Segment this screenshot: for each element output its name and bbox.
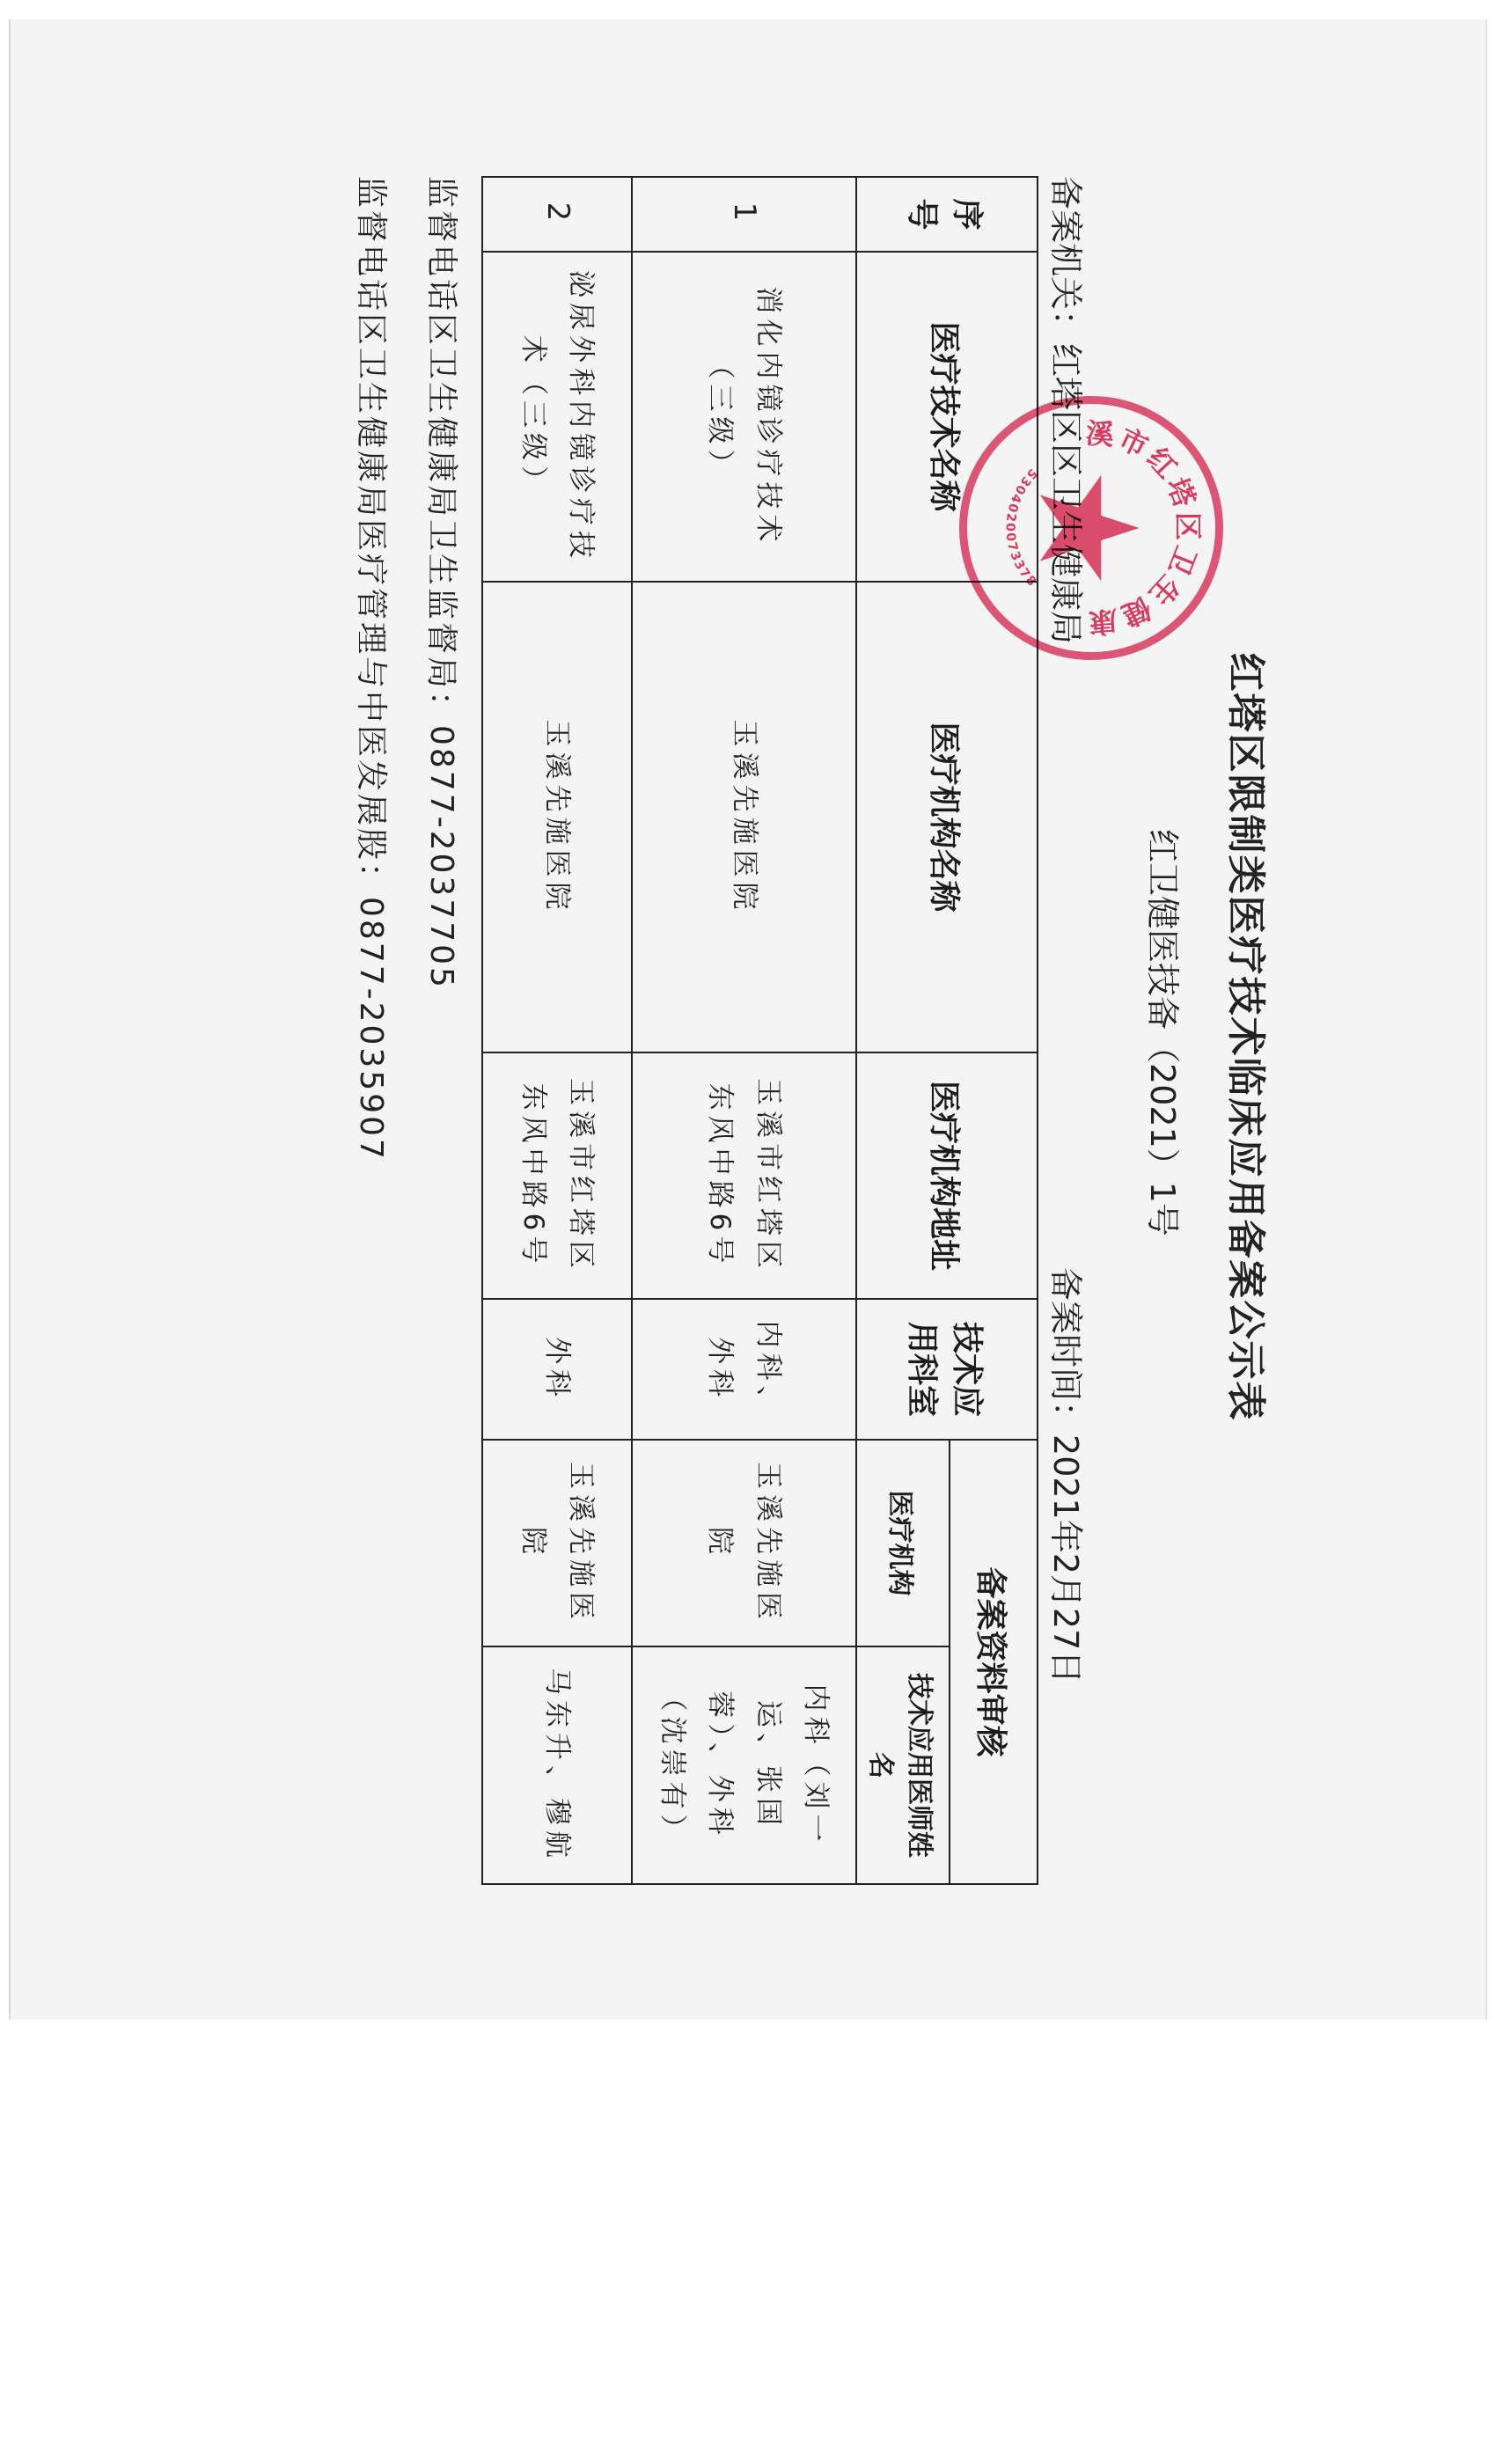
filing-agency-label: 备案机关：	[1046, 176, 1085, 343]
supervision-phone-1: 监督电话区卫生健康局卫生监督局：0877-2037705	[422, 176, 466, 990]
cell-institution-address: 玉溪市红塔区东风中路6号	[482, 1052, 632, 1299]
cell-seq: 2	[482, 177, 632, 252]
cell-review-physicians: 内科（刘一运、张国蓉）、外科（沈崇有）	[632, 1646, 856, 1884]
header-department: 技术应用科室	[856, 1299, 1038, 1440]
cell-institution-name: 玉溪先施医院	[482, 582, 632, 1052]
seal-text: 玉溪市红塔区卫生健康局	[1084, 388, 1242, 640]
cell-institution-address: 玉溪市红塔区东风中路6号	[632, 1052, 856, 1299]
document-number: 红卫健医技备（2021）1号	[1141, 19, 1190, 2020]
cell-tech-name: 泌尿外科内镜诊疗技术（三级）	[482, 252, 632, 582]
seal-code: 5304020073378	[1003, 466, 1040, 590]
header-review-institution: 医疗机构	[856, 1440, 950, 1646]
header-institution-address: 医疗机构地址	[856, 1052, 1038, 1299]
header-review-physicians: 技术应用医师姓名	[856, 1646, 950, 1884]
seal-graphic: 玉溪市红塔区卫生健康局 5304020073378	[967, 404, 1215, 652]
filing-date-label: 备案时间：	[1046, 1267, 1085, 1434]
document-sheet: 红塔区限制类医疗技术临床应用备案公示表 红卫健医技备（2021）1号 备案机关：…	[9, 19, 1487, 2020]
cell-seq: 1	[632, 177, 856, 252]
svg-text:玉溪市红塔区卫生健康局: 玉溪市红塔区卫生健康局	[1084, 388, 1242, 640]
star-icon	[1040, 475, 1140, 581]
table-row: 1 消化内镜诊疗技术（三级） 玉溪先施医院 玉溪市红塔区东风中路6号 内科、外科…	[632, 177, 856, 1884]
filing-date: 备案时间：2021年2月27日	[1045, 1267, 1093, 1683]
header-institution-name: 医疗机构名称	[856, 582, 1038, 1052]
svg-text:5304020073378: 5304020073378	[1003, 466, 1040, 590]
cell-review-physicians: 马东升、穆航	[482, 1646, 632, 1884]
official-seal: 玉溪市红塔区卫生健康局 5304020073378	[959, 396, 1223, 660]
header-review-group: 备案资料审核	[950, 1440, 1038, 1884]
cell-department: 内科、外科	[632, 1299, 856, 1440]
registry-table: 序号 医疗技术名称 医疗机构名称 医疗机构地址 技术应用科室 备案资料审核 医疗…	[481, 176, 1038, 1885]
cell-review-institution: 玉溪先施医院	[482, 1440, 632, 1646]
cell-review-institution: 玉溪先施医院	[632, 1440, 856, 1646]
table-row: 2 泌尿外科内镜诊疗技术（三级） 玉溪先施医院 玉溪市红塔区东风中路6号 外科 …	[482, 177, 632, 1884]
header-seq: 序号	[856, 177, 1038, 252]
filing-date-value: 2021年2月27日	[1046, 1434, 1085, 1683]
cell-institution-name: 玉溪先施医院	[632, 582, 856, 1052]
cell-department: 外科	[482, 1299, 632, 1440]
cell-tech-name: 消化内镜诊疗技术（三级）	[632, 252, 856, 582]
page-title: 红塔区限制类医疗技术临床应用备案公示表	[1221, 19, 1278, 2020]
supervision-phone-2: 监督电话区卫生健康局医疗管理与中医发展股：0877-2035907	[351, 176, 396, 1162]
